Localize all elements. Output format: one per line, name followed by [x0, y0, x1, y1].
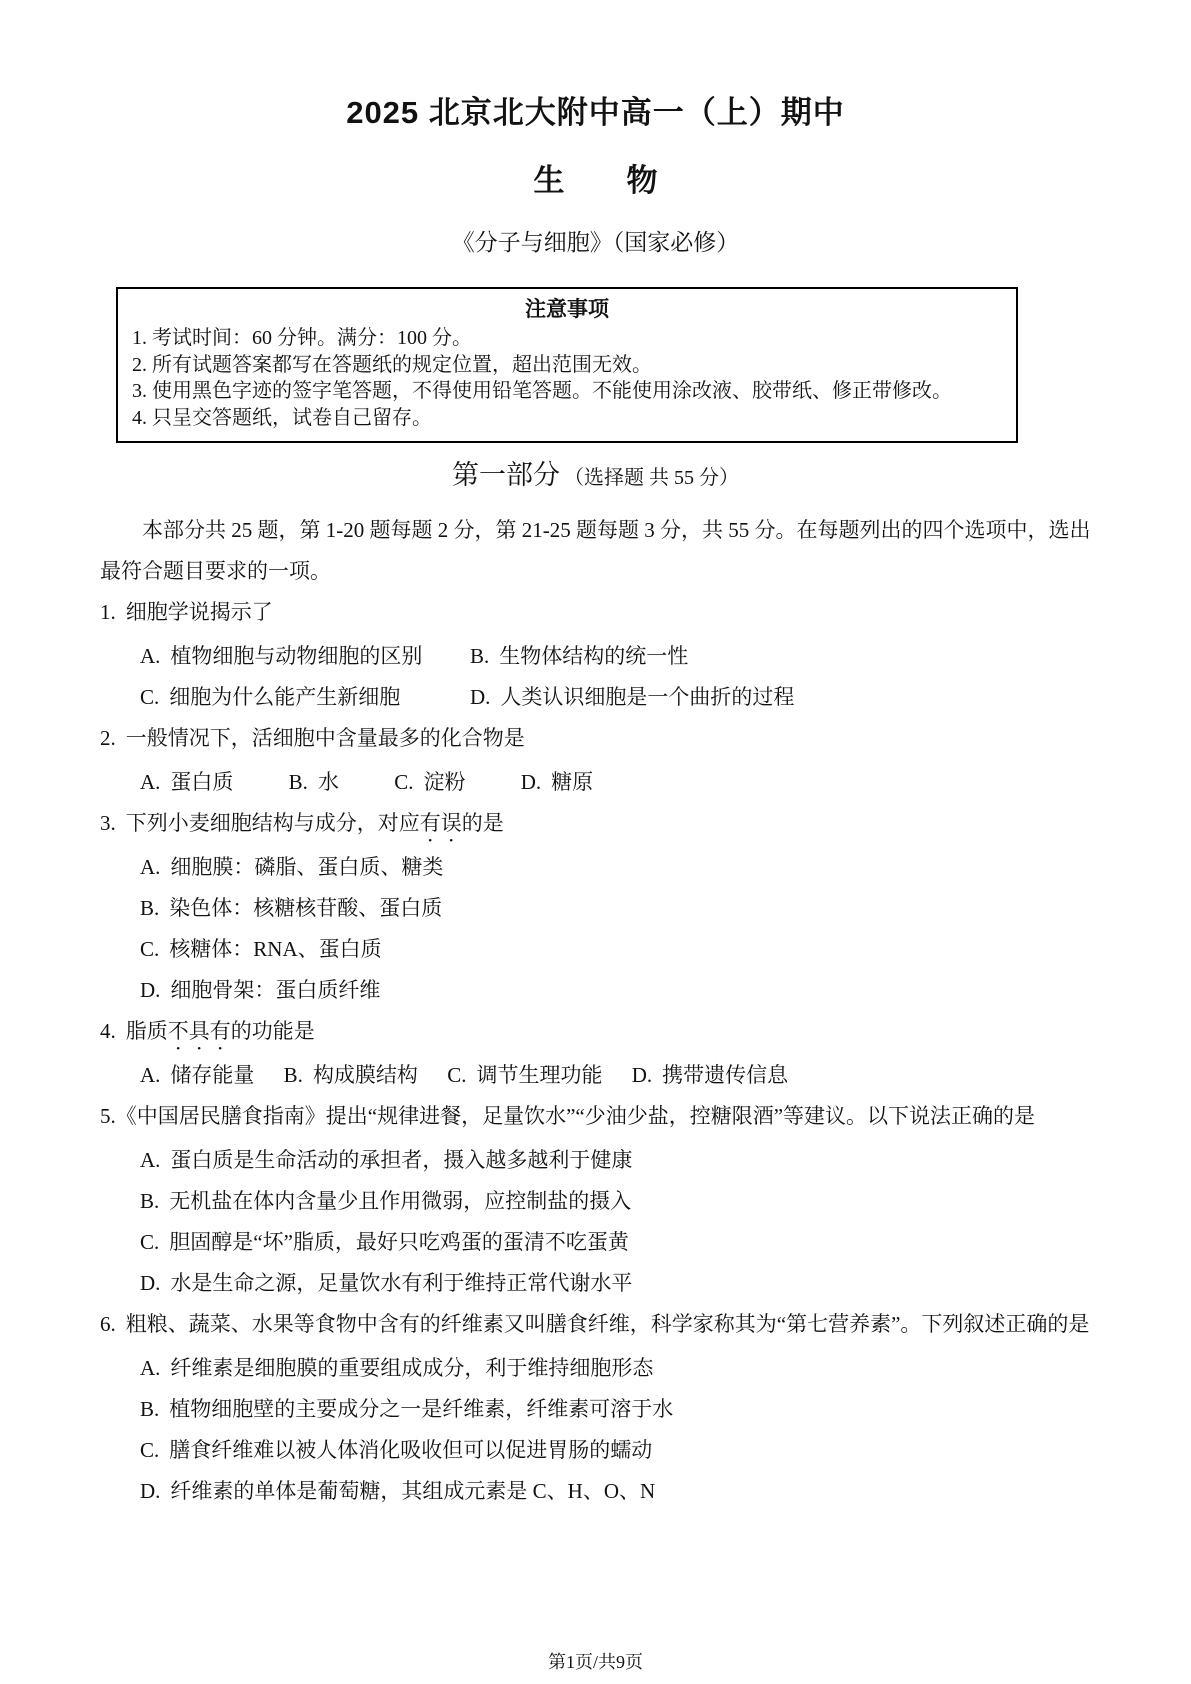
question-3-option-d: D.细胞骨架：蛋白质纤维 [140, 970, 1095, 1011]
option-label: D. [140, 978, 160, 1002]
option-text: 储存能量 [170, 1063, 254, 1087]
option-text: 胆固醇是“坏”脂质，最好只吃鸡蛋的蛋清不吃蛋黄 [169, 1230, 629, 1254]
option-text: 构成膜结构 [313, 1063, 418, 1087]
option-label: D. [521, 770, 541, 794]
notice-item-3: 3. 使用黑色字迹的签字笔答题，不得使用铅笔答题。不能使用涂改液、胶带纸、修正带… [132, 378, 1002, 405]
option-label: B. [284, 1063, 303, 1087]
section-heading-note: （选择题 共 55 分） [564, 467, 739, 489]
exam-body: 本部分共 25 题，第 1-20 题每题 2 分，第 21-25 题每题 3 分… [100, 510, 1095, 1512]
option-text: 细胞为什么能产生新细胞 [169, 685, 400, 709]
question-5-option-c: C.胆固醇是“坏”脂质，最好只吃鸡蛋的蛋清不吃蛋黄 [140, 1222, 1095, 1263]
question-4-text: 脂质 [126, 1019, 168, 1043]
question-2-number: 2. [100, 726, 116, 750]
option-label: D. [632, 1063, 652, 1087]
option-label: B. [140, 1189, 159, 1213]
question-6-number: 6. [100, 1312, 116, 1336]
question-2-option-c: C.淀粉 [394, 762, 465, 803]
option-text: 糖原 [551, 770, 593, 794]
subject-title: 生 物 [0, 160, 1191, 202]
question-3-option-b: B.染色体：核糖核苷酸、蛋白质 [140, 888, 1095, 929]
notice-item-4: 4. 只呈交答题纸，试卷自己留存。 [132, 405, 1002, 432]
option-label: B. [140, 896, 159, 920]
question-3-emphasis: 有误 [420, 811, 462, 835]
option-text: 水是生命之源，足量饮水有利于维持正常代谢水平 [170, 1271, 632, 1295]
option-text: 蛋白质 [170, 770, 233, 794]
question-1-text: 细胞学说揭示了 [126, 600, 273, 624]
page-title: 2025 北京北大附中高一（上）期中 [0, 0, 1191, 134]
question-4-number: 4. [100, 1019, 116, 1043]
option-text: 纤维素是细胞膜的重要组成成分，利于维持细胞形态 [170, 1356, 653, 1380]
question-1-option-a: A.植物细胞与动物细胞的区别 [140, 636, 470, 677]
question-1-options: A.植物细胞与动物细胞的区别 B.生物体结构的统一性 C.细胞为什么能产生新细胞… [100, 636, 1095, 718]
option-label: C. [447, 1063, 466, 1087]
option-label: B. [470, 644, 489, 668]
question-2: 2.一般情况下，活细胞中含量最多的化合物是 A.蛋白质 B.水 C.淀粉 D.糖… [100, 718, 1095, 803]
question-6: 6.粗粮、蔬菜、水果等食物中含有的纤维素又叫膳食纤维，科学家称其为“第七营养素”… [100, 1304, 1095, 1512]
section-heading: 第一部分 （选择题 共 55 分） [0, 457, 1191, 498]
option-label: D. [140, 1271, 160, 1295]
question-5: 5.《中国居民膳食指南》提出“规律进餐，足量饮水”“少油少盐，控糖限酒”等建议。… [100, 1096, 1095, 1304]
option-text: 细胞骨架：蛋白质纤维 [170, 978, 380, 1002]
option-text: 生物体结构的统一性 [499, 644, 688, 668]
question-2-option-d: D.糖原 [521, 762, 593, 803]
question-5-option-a: A.蛋白质是生命活动的承担者，摄入越多越利于健康 [140, 1140, 1095, 1181]
exam-paper-page: 2025 北京北大附中高一（上）期中 生 物 《分子与细胞》（国家必修） 注意事… [0, 0, 1191, 1684]
option-label: C. [140, 685, 159, 709]
page-number: 第1页/共9页 [0, 1650, 1191, 1674]
question-4-text-post: 的功能是 [231, 1019, 315, 1043]
question-2-options: A.蛋白质 B.水 C.淀粉 D.糖原 [100, 762, 1095, 803]
question-5-option-d: D.水是生命之源，足量饮水有利于维持正常代谢水平 [140, 1263, 1095, 1304]
question-1: 1.细胞学说揭示了 A.植物细胞与动物细胞的区别 B.生物体结构的统一性 C.细… [100, 592, 1095, 718]
question-6-options: A.纤维素是细胞膜的重要组成成分，利于维持细胞形态 B.植物细胞壁的主要成分之一… [100, 1348, 1095, 1512]
section-intro: 本部分共 25 题，第 1-20 题每题 2 分，第 21-25 题每题 3 分… [100, 510, 1095, 592]
option-label: B. [289, 770, 308, 794]
option-text: 水 [318, 770, 339, 794]
question-6-option-b: B.植物细胞壁的主要成分之一是纤维素，纤维素可溶于水 [140, 1389, 1095, 1430]
section-heading-main: 第一部分 [452, 460, 560, 490]
question-4-option-d: D.携带遗传信息 [632, 1055, 788, 1096]
notice-item-1: 1. 考试时间：60 分钟。满分：100 分。 [132, 325, 1002, 352]
option-text: 无机盐在体内含量少且作用微弱，应控制盐的摄入 [169, 1189, 631, 1213]
question-5-stem: 5.《中国居民膳食指南》提出“规律进餐，足量饮水”“少油少盐，控糖限酒”等建议。… [100, 1096, 1095, 1140]
question-3-stem: 3.下列小麦细胞结构与成分，对应有误的是 [100, 803, 1095, 847]
question-1-stem: 1.细胞学说揭示了 [100, 592, 1095, 636]
question-3-text: 下列小麦细胞结构与成分，对应 [126, 811, 420, 835]
notice-box: 注意事项 1. 考试时间：60 分钟。满分：100 分。 2. 所有试题答案都写… [116, 287, 1018, 443]
question-3-options: A.细胞膜：磷脂、蛋白质、糖类 B.染色体：核糖核苷酸、蛋白质 C.核糖体：RN… [100, 847, 1095, 1011]
option-text: 调节生理功能 [476, 1063, 602, 1087]
option-label: C. [140, 1230, 159, 1254]
option-label: D. [470, 685, 490, 709]
question-6-text: 粗粮、蔬菜、水果等食物中含有的纤维素又叫膳食纤维，科学家称其为“第七营养素”。下… [126, 1312, 1090, 1336]
question-5-number: 5. [100, 1104, 116, 1128]
question-6-option-c: C.膳食纤维难以被人体消化吸收但可以促进胃肠的蠕动 [140, 1430, 1095, 1471]
question-6-option-d: D.纤维素的单体是葡萄糖，其组成元素是 C、H、O、N [140, 1471, 1095, 1512]
question-3-option-a: A.细胞膜：磷脂、蛋白质、糖类 [140, 847, 1095, 888]
question-5-text: 《中国居民膳食指南》提出“规律进餐，足量饮水”“少油少盐，控糖限酒”等建议。以下… [116, 1104, 1035, 1128]
option-text: 核糖体：RNA、蛋白质 [169, 937, 381, 961]
question-4-option-a: A.储存能量 [140, 1055, 254, 1096]
option-label: A. [140, 770, 160, 794]
question-2-text: 一般情况下，活细胞中含量最多的化合物是 [126, 726, 525, 750]
module-subtitle: 《分子与细胞》（国家必修） [0, 228, 1191, 258]
question-6-option-a: A.纤维素是细胞膜的重要组成成分，利于维持细胞形态 [140, 1348, 1095, 1389]
option-text: 蛋白质是生命活动的承担者，摄入越多越利于健康 [170, 1148, 632, 1172]
option-text: 细胞膜：磷脂、蛋白质、糖类 [170, 855, 443, 879]
question-3: 3.下列小麦细胞结构与成分，对应有误的是 A.细胞膜：磷脂、蛋白质、糖类 B.染… [100, 803, 1095, 1011]
question-3-number: 3. [100, 811, 116, 835]
option-text: 染色体：核糖核苷酸、蛋白质 [169, 896, 442, 920]
option-text: 携带遗传信息 [662, 1063, 788, 1087]
question-5-option-b: B.无机盐在体内含量少且作用微弱，应控制盐的摄入 [140, 1181, 1095, 1222]
question-2-option-b: B.水 [289, 762, 339, 803]
question-6-stem: 6.粗粮、蔬菜、水果等食物中含有的纤维素又叫膳食纤维，科学家称其为“第七营养素”… [100, 1304, 1095, 1348]
question-4-stem: 4.脂质不具有的功能是 [100, 1011, 1095, 1055]
question-4-option-c: C.调节生理功能 [447, 1055, 602, 1096]
question-1-option-b: B.生物体结构的统一性 [470, 636, 1095, 677]
question-1-option-d: D.人类认识细胞是一个曲折的过程 [470, 677, 1095, 718]
option-text: 纤维素的单体是葡萄糖，其组成元素是 C、H、O、N [170, 1479, 655, 1503]
question-4-options: A.储存能量 B.构成膜结构 C.调节生理功能 D.携带遗传信息 [100, 1055, 1095, 1096]
option-text: 人类认识细胞是一个曲折的过程 [500, 685, 794, 709]
option-label: A. [140, 1063, 160, 1087]
notice-item-2: 2. 所有试题答案都写在答题纸的规定位置，超出范围无效。 [132, 352, 1002, 379]
option-label: A. [140, 1148, 160, 1172]
option-text: 植物细胞与动物细胞的区别 [170, 644, 422, 668]
question-5-options: A.蛋白质是生命活动的承担者，摄入越多越利于健康 B.无机盐在体内含量少且作用微… [100, 1140, 1095, 1304]
option-text: 膳食纤维难以被人体消化吸收但可以促进胃肠的蠕动 [169, 1438, 652, 1462]
option-text: 植物细胞壁的主要成分之一是纤维素，纤维素可溶于水 [169, 1397, 673, 1421]
option-label: A. [140, 1356, 160, 1380]
option-text: 淀粉 [423, 770, 465, 794]
question-3-text-post: 的是 [462, 811, 504, 835]
option-label: B. [140, 1397, 159, 1421]
option-label: C. [140, 937, 159, 961]
question-1-option-c: C.细胞为什么能产生新细胞 [140, 677, 470, 718]
question-1-number: 1. [100, 600, 116, 624]
question-4: 4.脂质不具有的功能是 A.储存能量 B.构成膜结构 C.调节生理功能 D.携带… [100, 1011, 1095, 1096]
option-label: A. [140, 855, 160, 879]
option-label: A. [140, 644, 160, 668]
question-2-option-a: A.蛋白质 [140, 762, 233, 803]
notice-title: 注意事项 [132, 295, 1002, 325]
question-4-emphasis: 不具有 [168, 1019, 231, 1043]
question-3-option-c: C.核糖体：RNA、蛋白质 [140, 929, 1095, 970]
option-label: D. [140, 1479, 160, 1503]
question-2-stem: 2.一般情况下，活细胞中含量最多的化合物是 [100, 718, 1095, 762]
option-label: C. [140, 1438, 159, 1462]
question-4-option-b: B.构成膜结构 [284, 1055, 418, 1096]
option-label: C. [394, 770, 413, 794]
